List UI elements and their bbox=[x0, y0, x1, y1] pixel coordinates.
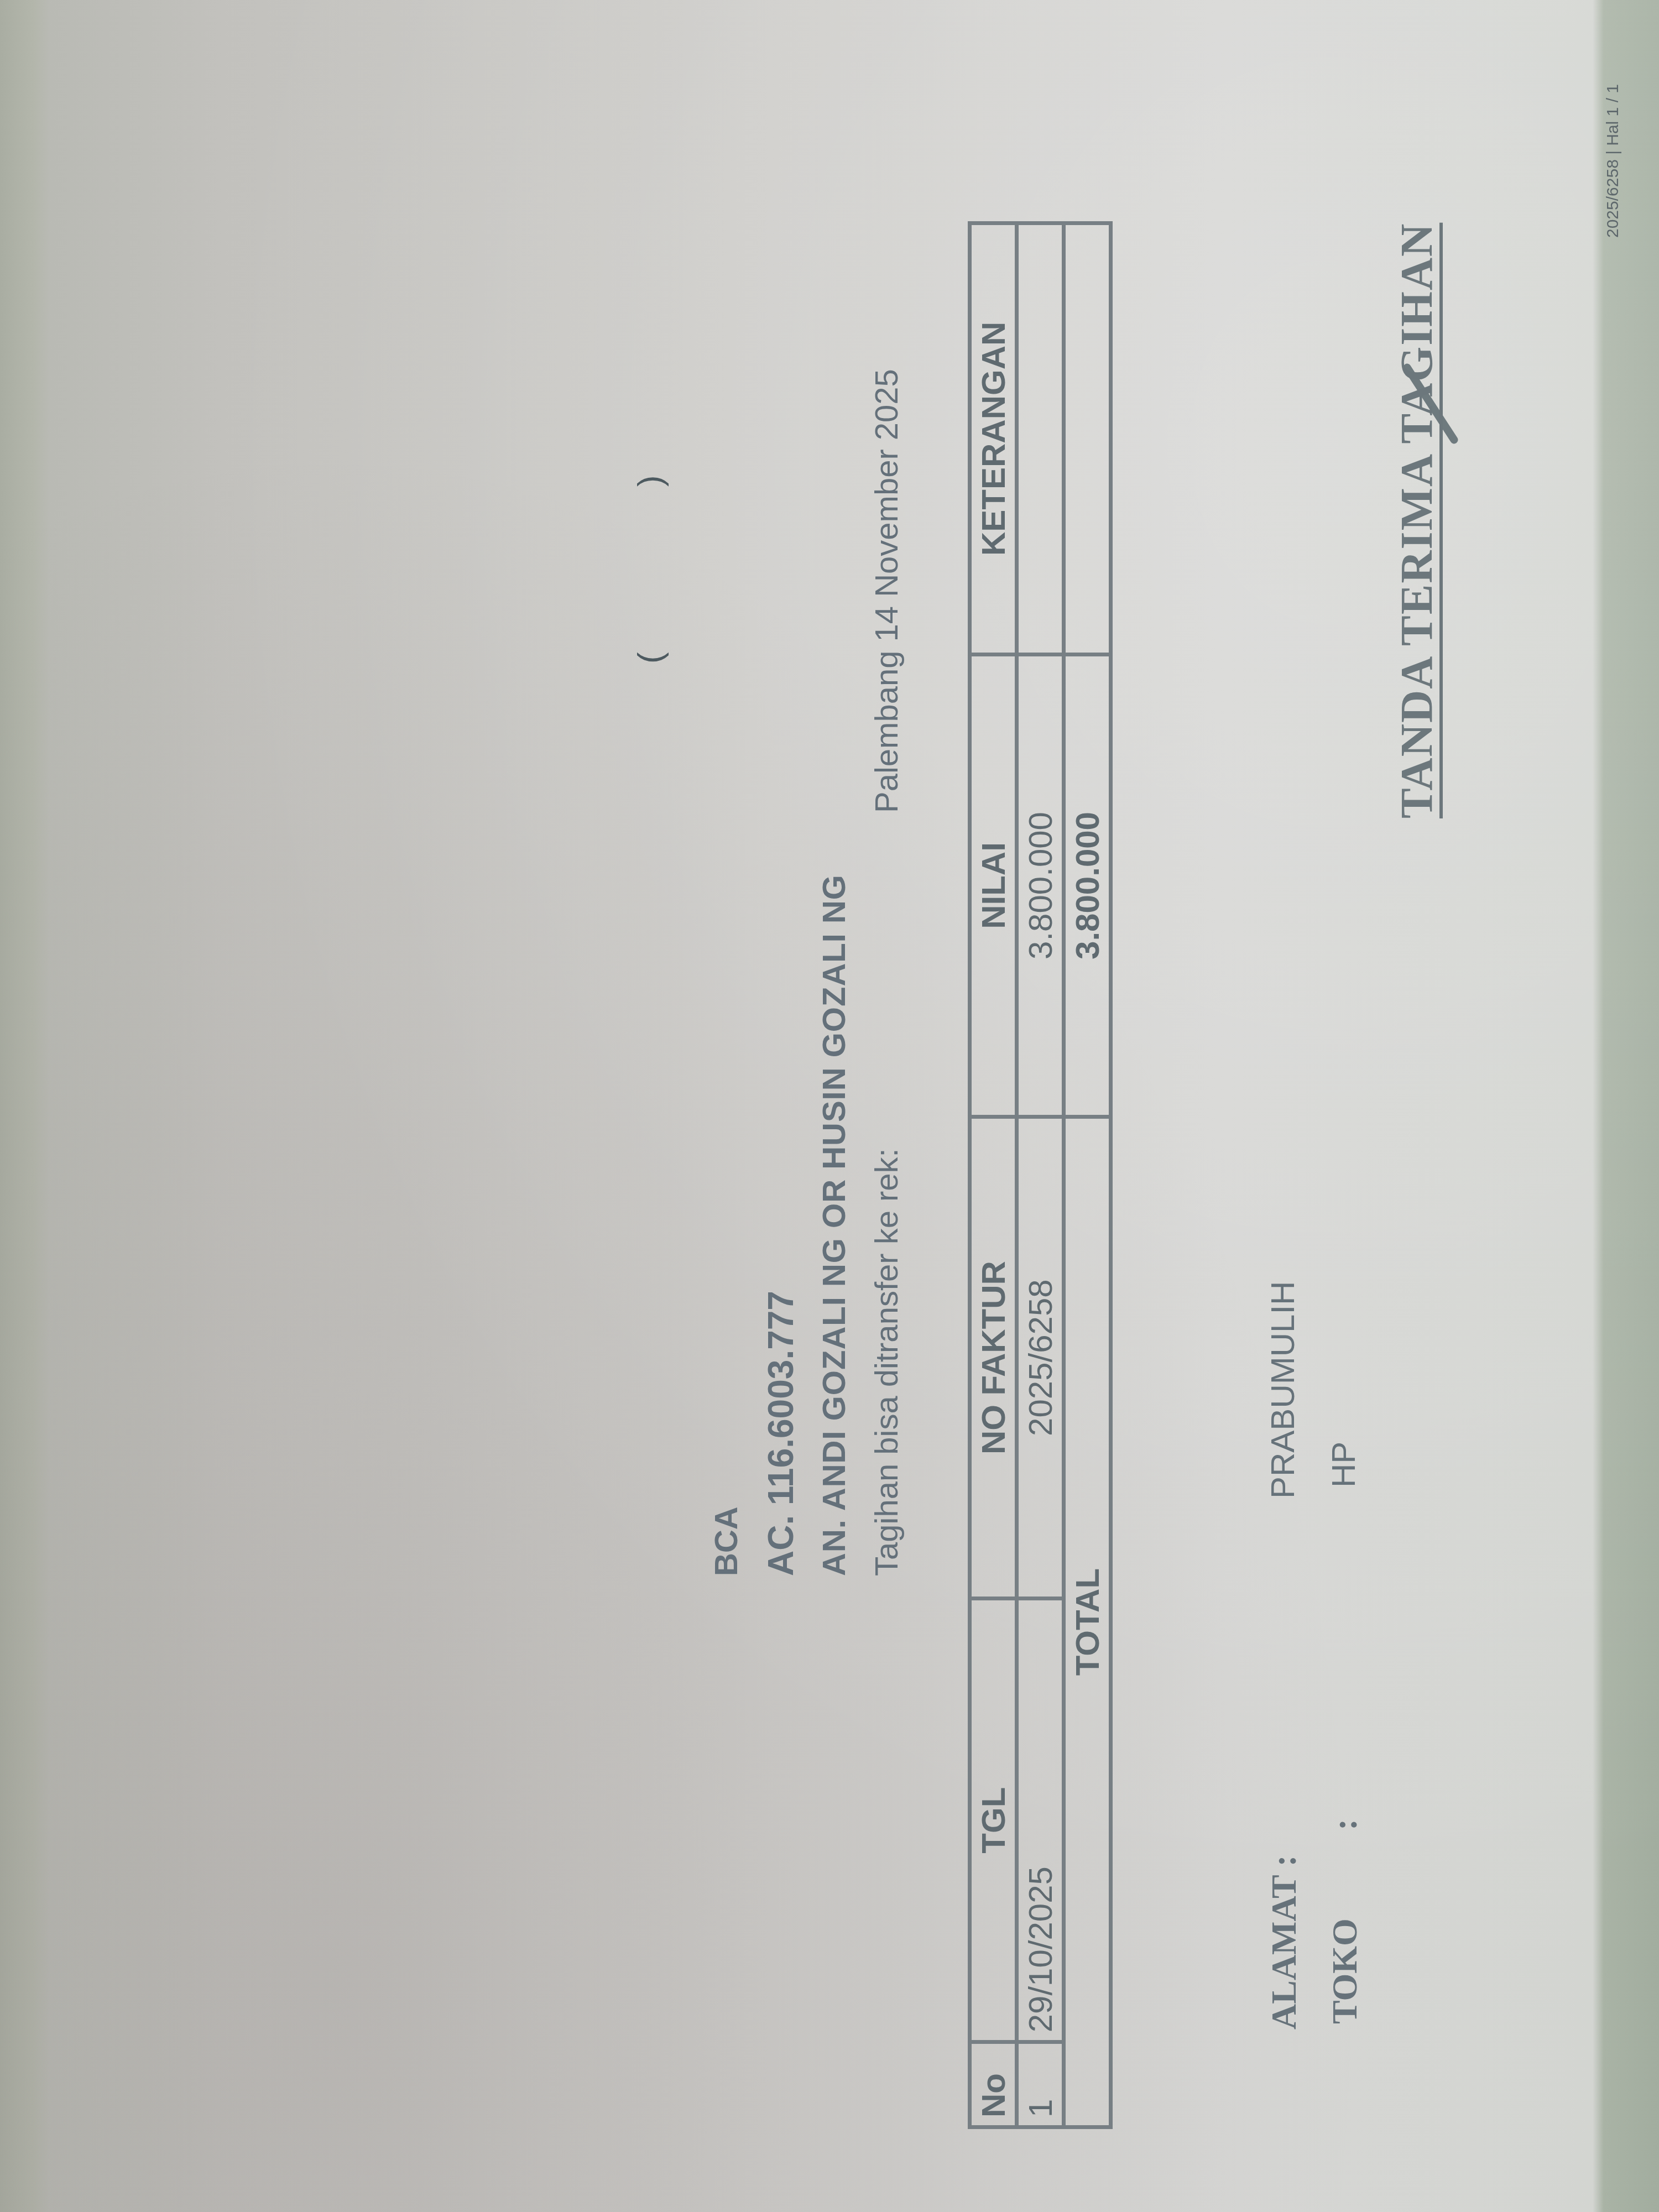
store-separator: : bbox=[1324, 1819, 1365, 1830]
total-value: 3.800.000 bbox=[1064, 654, 1111, 1117]
col-no: No bbox=[970, 2042, 1017, 2127]
cell-no: 1 bbox=[1017, 2042, 1064, 2127]
total-keterangan bbox=[1064, 223, 1111, 655]
address-value: PRABUMULIH bbox=[1264, 1281, 1302, 1499]
col-no-faktur: NO FAKTUR bbox=[970, 1117, 1017, 1599]
account-number: AC. 116.6003.777 bbox=[760, 1291, 801, 1576]
address-label: ALAMAT : bbox=[1264, 1855, 1305, 2030]
store-label: TOKO bbox=[1324, 1918, 1365, 2024]
page-footer: 2025/6258 | Hal 1 / 1 bbox=[1604, 84, 1623, 238]
col-keterangan: KETERANGAN bbox=[970, 223, 1017, 655]
table-row: 1 29/10/2025 2025/6258 3.800.000 bbox=[1017, 223, 1064, 2127]
cell-no-faktur: 2025/6258 bbox=[1017, 1117, 1064, 1599]
account-name: AN. ANDI GOZALI NG OR HUSIN GOZALI NG bbox=[816, 874, 853, 1576]
signature-open-paren: ( bbox=[630, 652, 670, 664]
bank-name: BCA bbox=[708, 1506, 745, 1576]
table-total-row: TOTAL 3.800.000 bbox=[1064, 223, 1111, 2127]
cell-tgl: 29/10/2025 bbox=[1017, 1598, 1064, 2042]
document-title: TANDA TERIMA TAGIHAN bbox=[1391, 265, 1443, 818]
cell-keterangan bbox=[1017, 223, 1064, 655]
cell-nilai: 3.800.000 bbox=[1017, 654, 1064, 1117]
place-date: Palembang 14 November 2025 bbox=[868, 369, 905, 813]
store-value: HP bbox=[1324, 1442, 1363, 1488]
table-header-row: No TGL NO FAKTUR NILAI KETERANGAN bbox=[970, 223, 1017, 2127]
transfer-intro: Tagihan bisa ditransfer ke rek: bbox=[868, 1148, 905, 1576]
total-label: TOTAL bbox=[1064, 1117, 1111, 2127]
receipt-page: TANDA TERIMA TAGIHAN TOKO : HP ALAMAT : … bbox=[28, 0, 1631, 2212]
col-nilai: NILAI bbox=[970, 654, 1017, 1117]
col-tgl: TGL bbox=[970, 1598, 1017, 2042]
signature-close-paren: ) bbox=[630, 475, 670, 487]
invoice-table: No TGL NO FAKTUR NILAI KETERANGAN 1 29/1… bbox=[968, 221, 1113, 2129]
